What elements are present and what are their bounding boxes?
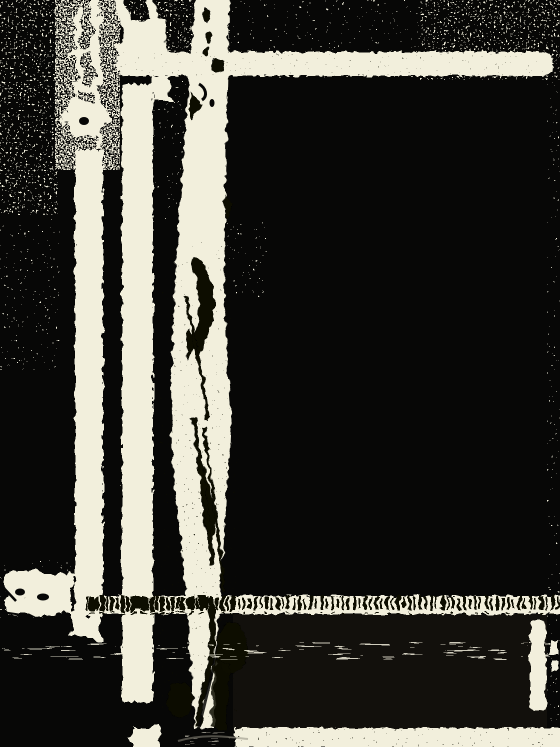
- chain-hole: [203, 47, 209, 57]
- stripe-middle-foot: [133, 726, 161, 747]
- chain-hole: [202, 8, 210, 24]
- chain-hole: [206, 31, 212, 43]
- dotted-line: [0, 642, 560, 660]
- speckle-region: [0, 200, 60, 370]
- dark-panel: [233, 614, 547, 730]
- band-grain: [117, 52, 553, 76]
- speck: [210, 99, 215, 107]
- bar-fragment: [552, 662, 558, 672]
- filmstrip-ticks: [87, 596, 560, 614]
- patch-hole: [37, 594, 49, 601]
- patch-spots: [5, 571, 72, 615]
- abstract-print: [0, 0, 560, 747]
- cream-bar: [530, 620, 546, 711]
- ladder-rung: [69, 50, 99, 56]
- ladder-rung: [69, 84, 101, 90]
- bottom-band-grain: [235, 728, 560, 747]
- stripe-left-spots: [75, 150, 103, 616]
- blob-below-band: [153, 76, 171, 102]
- splash-hole: [79, 117, 89, 125]
- erosion-bite: [167, 682, 193, 718]
- corner-patch-small: [71, 613, 100, 639]
- artwork-canvas: [0, 0, 560, 747]
- speckle-region: [0, 0, 58, 215]
- patch-hole: [15, 589, 25, 596]
